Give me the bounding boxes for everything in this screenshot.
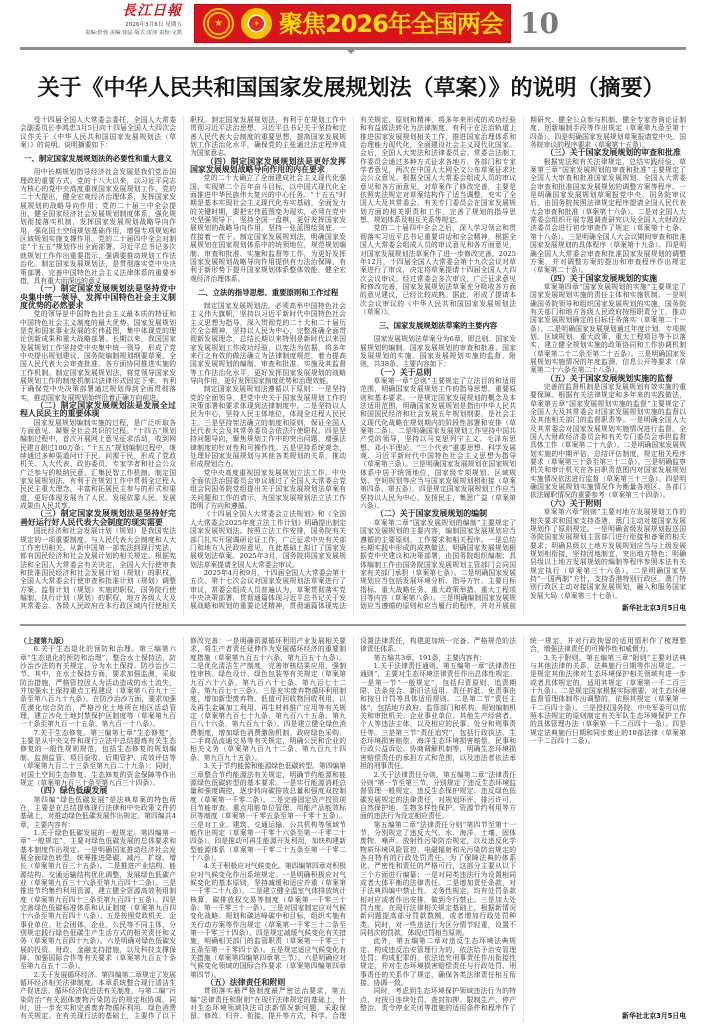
national-emblem-icon: ★ [203,8,234,39]
subsection-heading: （四）关于国家发展规划的实施 [530,275,686,283]
subsection-heading: （六）关于附则 [530,500,686,508]
article-paragraph: 国家发展规划法草案分为6章，即总则、国家发展规划的编制、国家发展规划的审查和批准… [360,335,516,368]
issue-date: 2026年3月6日 星期五 [60,22,182,29]
continued-article-body: （上接第九版） 6.关于生态退化的预防和治理。第三编第六章“生态退化的预防和治理… [20,637,686,1022]
article-paragraph: 党的领导是中国特色社会主义最本质的特征和中国特色社会主义制度的最大优势。国家发展… [20,310,176,402]
section-heading: 二、立法的指导思想、重要原则和工作过程 [190,288,346,298]
article-paragraph: 根据宪法和有关法律规定，总结实践经验，草案第三章“国家发展规划的审查和批准”主要… [530,158,686,275]
section-banner: ★ ✦ 聚焦2026年全国两会 [194,4,511,43]
subsection-heading: （一）关于总则 [360,369,516,377]
article-paragraph: 党的二十届四中全会之后，深入学习领会和贯彻落实习近平总书记重要讲话和全会精神，根… [360,224,516,316]
article-paragraph: 草案第六章“附则”主要对地方发展规划工作的相关要求和国家支持香港、澳门主动对接国… [530,508,686,600]
article-paragraph: 2.关于法律责任分则。第五编第二章“法律责任分则”第一节至第三节，分别规定了违反… [360,771,516,821]
article-paragraph: 4.关于积极应对气候变化。第四编第四章对积极应对气候变化作出系统规定。一是明确积… [190,862,346,979]
star-icon: ★ [214,19,223,29]
banner-title: 聚焦2026年全国两会 [279,9,503,39]
article-paragraph: 制定国家发展规划法，必须高举中国特色社会主义伟大旗帜，坚持以习近平新时代中国特色… [190,302,346,385]
section-heading: 三、国家发展规划法草案的主要内容 [360,321,516,331]
article-paragraph: 第五编共3章，191条，主要内容有： [360,654,516,662]
subsection-heading: （四）制定国家发展规划法是更好发挥国家发展规划战略导向作用的内在要求 [190,158,346,175]
subsection-heading: （三）制定国家发展规划法是坚持好完善好运行好人民代表大会制度的现实需要 [20,510,176,527]
article-paragraph: 6.关于生态退化的预防和治理。第三编第六章“生态退化的预防和治理”，整合水土保持… [20,645,176,728]
article-paragraph: 1.关于绿色低碳发展的一般规定。第四编第一章“一般规定”，主要对绿色低碳发展的总… [20,829,176,971]
editor-credits: 责编:舒蓉 美编:徐晶 版式:雷沛 责校:文凯 [30,30,182,37]
article-paragraph: 3.关于附则。第五编第三章“附则”主要对法典与其他法律的关系、法典施行日期等作出… [530,654,686,746]
article-paragraph: 此外，第五编第二章对违反生态环境法典规定、构成违反治安管理行为的，依法给予治安管… [360,937,516,987]
page-number: 10 [520,7,559,41]
section-heading: 一、制定国家发展规划法的必要性和重大意义 [20,154,176,164]
article-paragraph: 《十四届全国人大常委会立法规划》和《全国人大常委会2025年度立法工作计划》明确… [190,510,346,568]
article-paragraph: 3.关于节约能源和能源绿色低碳转型。第四编第三章整合节约能源法有关规定，明确节约… [190,762,346,862]
subsection-heading: （五）关于国家发展规划实施的监督 [530,375,686,383]
article-paragraph: 第五编第二章“法律责任分则”第四节至第十一节，分别规定了违反大气、水、海洋、土壤… [360,821,516,938]
star-icon: ✦ [253,20,260,28]
article-paragraph: 制定国家发展规划法遵循以下原则：一是坚持党的全面领导，把党中央关于国家发展规划工… [190,385,346,468]
article-paragraph: 完善的监督机制是国家发展规划有效实施的重要保障。根据有关法律规定和多年来的实践做… [530,383,686,500]
subsection-heading: （二）关于国家发展规划的编制 [360,510,516,518]
divider-notch [347,50,355,54]
article-dateline: 新华社北京3月5日电 [527,603,686,614]
newspaper-logo: 長江日報 [96,3,182,20]
subsection-heading: （一）制定国家发展规划法是坚持党中央集中统一领导、发挥中国特色社会主义制度优势的… [20,285,176,310]
cppcc-emblem-icon: ✦ [241,8,272,39]
article-paragraph: 第四编“绿色低碳发展”是法典草案的特色所在，主要是在总结提炼现行法律和中央政策文… [20,796,176,829]
article-intro: 受十四届全国人大常委会委托，全国人大常委会副委员长李鸿忠3月5日向十四届全国人大… [20,116,176,149]
article-paragraph: 草案第一章“总则”主要规定了立法目的和适用范围，明确国家发展规划工作的指导思想、… [360,377,516,511]
section-divider [20,624,686,626]
article-paragraph: 党的二十大确立了全面建成社会主义现代化强国、实现第二个百年奋斗目标，以中国式现代… [190,174,346,282]
article-paragraph: 草案第四章“国家发展规划的实施”主要规定了国家发展规划实施的责任主体和实施机制。… [530,283,686,375]
continued-dateline: 新华社北京3月5日电 [527,1011,686,1022]
subsection-heading: （三）关于国家发展规划的审查和批准 [530,149,686,157]
article-paragraph: 用中长期规划指导经济社会发展是我们党治国理政的重要方式。党的十八大以来，以习近平… [20,168,176,285]
article-paragraph: 7.关于生态修复。第三编第七章“生态修复”，主要是从中央文件和现行立法中总结提炼… [20,729,176,787]
article-paragraph: 1.关于法律责任通则。第五编第一章“法律责任通则”，主要对生态环境法律责任作出总… [360,662,516,770]
article-headline: 关于《中华人民共和国国家发展规划法（草案）》的说明（摘要） [0,75,702,102]
article-body: 受十四届全国人大常委会委托，全国人大常委会副委员长李鸿忠3月5日向十四届全国人大… [20,116,686,615]
article-paragraph: 国家发展规划编制实施的过程，是广泛听取各方面意见、凝聚全社会共识的过程。“十四五… [20,419,176,511]
article-paragraph: 党中央高度重视国家发展规划立法工作。中央全面依法治国委员会审议通过了全国人大常委… [190,469,346,511]
subsection-heading: （二）制定国家发展规划法是发展全过程人民民主的重要体现 [20,402,176,419]
subsection-heading: （四）绿色低碳发展 [20,787,176,795]
